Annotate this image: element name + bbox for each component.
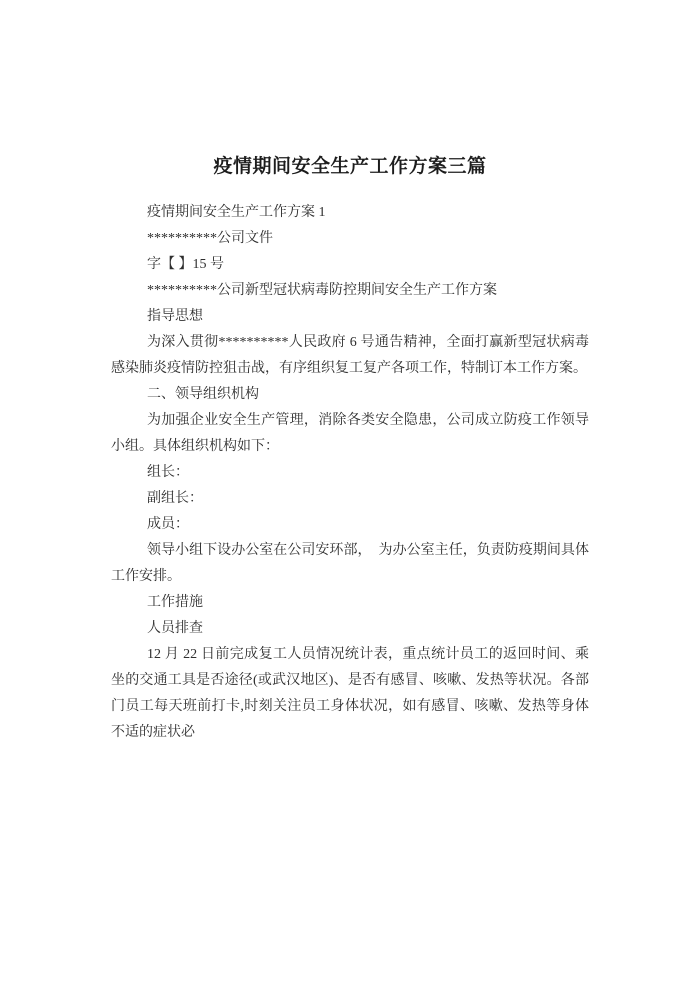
paragraph: 人员排查 bbox=[111, 616, 589, 642]
paragraph: 工作措施 bbox=[111, 590, 589, 616]
paragraph: 为深入贯彻**********人民政府 6 号通告精神，全面打赢新型冠状病毒感染… bbox=[111, 330, 589, 382]
document-page: 疫情期间安全生产工作方案三篇 疫情期间安全生产工作方案 1**********公… bbox=[0, 0, 700, 989]
paragraph: 为加强企业安全生产管理，消除各类安全隐患，公司成立防疫工作领导小组。具体组织机构… bbox=[111, 408, 589, 460]
paragraph: **********公司文件 bbox=[111, 226, 589, 252]
paragraph: 指导思想 bbox=[111, 304, 589, 330]
document-title: 疫情期间安全生产工作方案三篇 bbox=[0, 153, 700, 181]
paragraph: 12 月 22 日前完成复工人员情况统计表，重点统计员工的返回时间、乘坐的交通工… bbox=[111, 642, 589, 746]
paragraph: 组长： bbox=[111, 460, 589, 486]
paragraph: 成员： bbox=[111, 512, 589, 538]
paragraph: 二、领导组织机构 bbox=[111, 382, 589, 408]
paragraph: 领导小组下设办公室在公司安环部， 为办公室主任，负责防疫期间具体工作安排。 bbox=[111, 538, 589, 590]
paragraph: 副组长： bbox=[111, 486, 589, 512]
paragraph: 字【 】15 号 bbox=[111, 252, 589, 278]
document-body: 疫情期间安全生产工作方案 1**********公司文件字【 】15 号****… bbox=[111, 200, 589, 746]
paragraph: **********公司新型冠状病毒防控期间安全生产工作方案 bbox=[111, 278, 589, 304]
paragraph: 疫情期间安全生产工作方案 1 bbox=[111, 200, 589, 226]
